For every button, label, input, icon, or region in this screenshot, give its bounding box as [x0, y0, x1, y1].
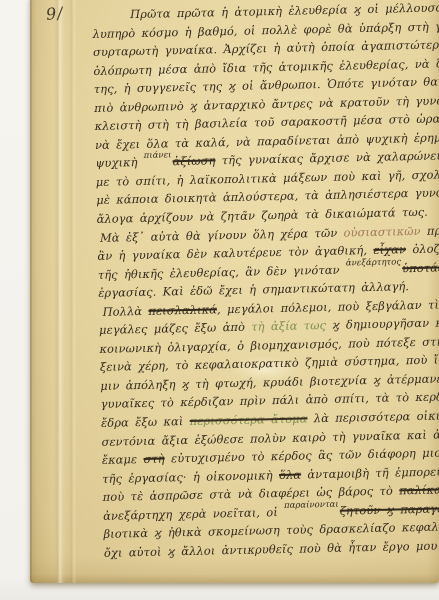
line-text: τῆς ἐργασίας· ἡ οἰκονομικὴ [102, 468, 279, 486]
struck-word: ὑποτάξουλας [402, 259, 439, 275]
struck-word: παλίκα [399, 483, 439, 498]
struck-word: ἀξίωση [172, 154, 215, 169]
line-text: προσταθειῶν, [420, 222, 439, 238]
struck-word: ὅλα [279, 467, 301, 481]
line-text: Πολλὰ [103, 304, 149, 319]
inserted-word: πιάνει [144, 147, 172, 166]
line-text: ἔκαμε [102, 452, 144, 467]
page-number: 9/ [45, 3, 64, 24]
line-text: ψυχικὴ [95, 155, 144, 170]
line-text: μεγάλες μάζες ἔξω ἀπὸ [99, 320, 252, 337]
line-text: ϗ δημιουργῆσαν κενὰ στὴν [326, 315, 439, 333]
paper-crease-left [54, 0, 63, 583]
manuscript-page: 9/ Πρῶτα πρῶτα ἡ ἀτομικὴ ἐλευθερία ϗ οἱ … [30, 0, 439, 583]
line-text: οὐσιαστικῶν [343, 223, 420, 239]
scan-background: 9/ Πρῶτα πρῶτα ἡ ἀτομικὴ ἐλευθερία ϗ οἱ … [0, 0, 439, 600]
struck-word: πεισλαλικά [148, 302, 217, 317]
paper-crease-left-2 [68, 0, 77, 583]
line-text: τὴ ἀξία τως [251, 318, 326, 334]
struck-word: στὴ [143, 452, 165, 466]
line-text: , μεγάλοι πόλεμοι, ποὺ ξεβγάλαν τὶς ἄντρ… [217, 296, 439, 316]
line-text: λὰ περισσότερα οἰκιακὰ [307, 408, 439, 425]
line-text: περισσότερα ἄτομα [190, 411, 308, 428]
inserted-word: παραίνονται [284, 496, 339, 516]
line-text: ἀνεξάρτηχη χερὰ νοεῖται, οἱ [103, 505, 284, 523]
struck-word: ζητοῦν ϗ παραγωγῆσαν [340, 500, 439, 517]
line-text: ὁλοζόβαλη [406, 241, 439, 257]
inserted-word: ἀνεξάρτητος [346, 253, 402, 273]
line-text: ἔδρα ἔξω καὶ [101, 414, 190, 430]
line-text: ἀνταμοιβὴ τῆ ἐμπορευθικῆ σωλήν [301, 463, 439, 482]
manuscript-text: Πρῶτα πρῶτα ἡ ἀτομικὴ ἐλευθερία ϗ οἱ μέλ… [92, 0, 439, 562]
